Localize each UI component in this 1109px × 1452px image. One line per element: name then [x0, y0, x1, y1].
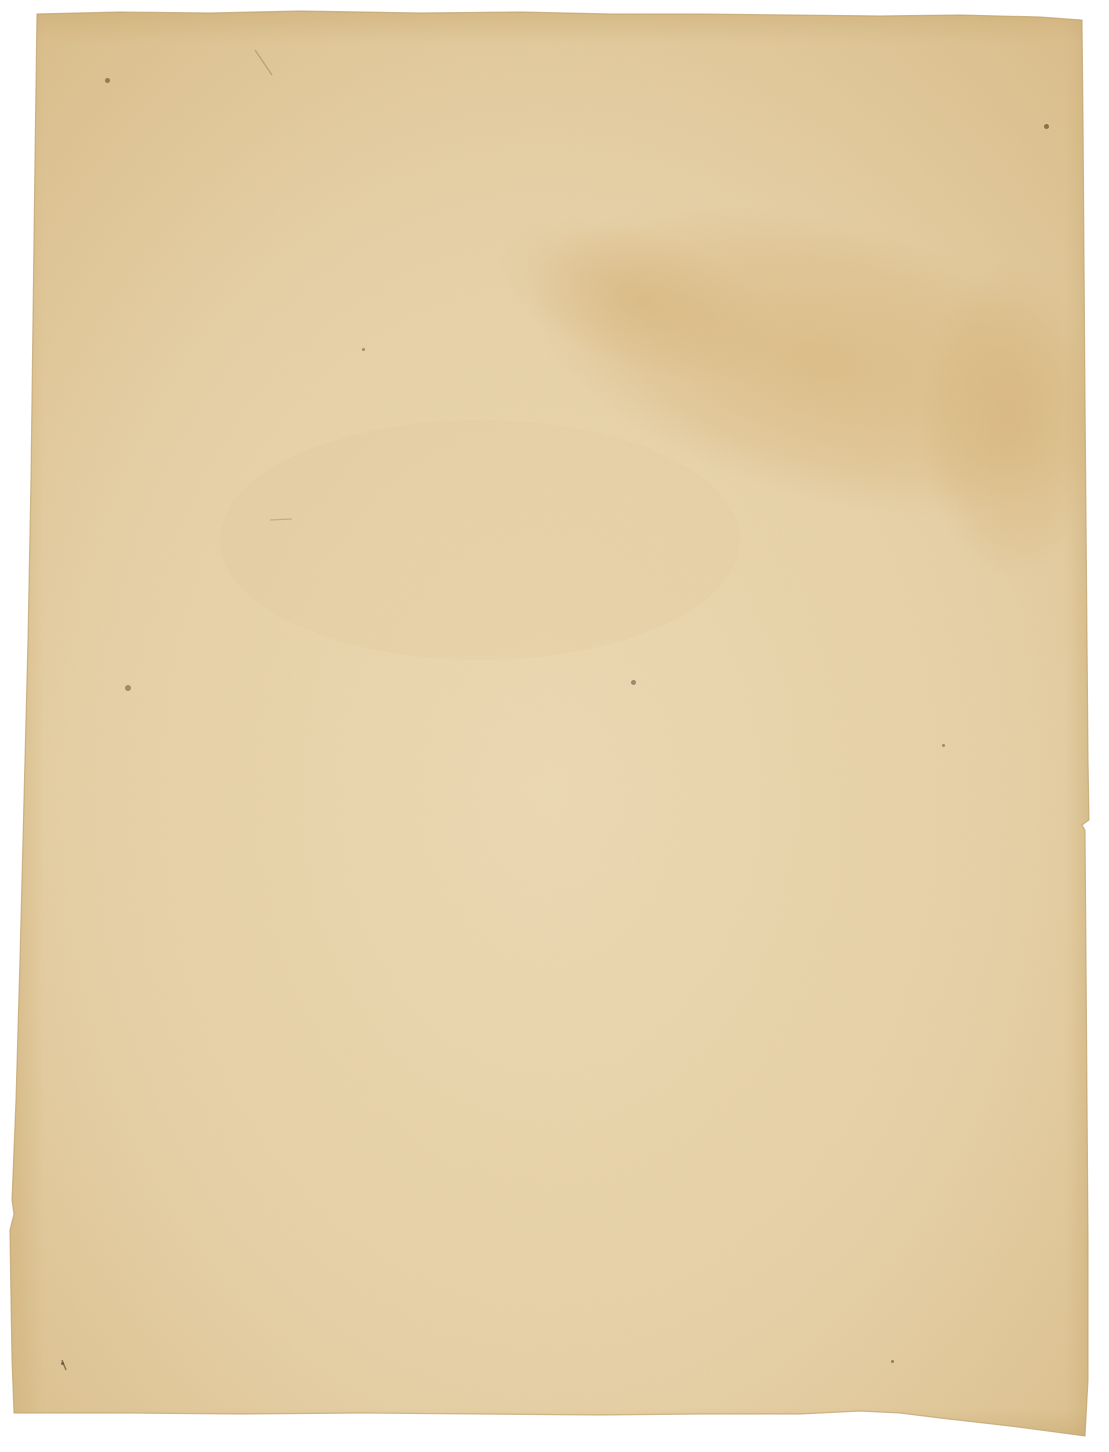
paper-graphic	[0, 0, 1109, 1452]
aged-paper-sheet	[0, 0, 1109, 1452]
canvas	[0, 0, 1109, 1452]
